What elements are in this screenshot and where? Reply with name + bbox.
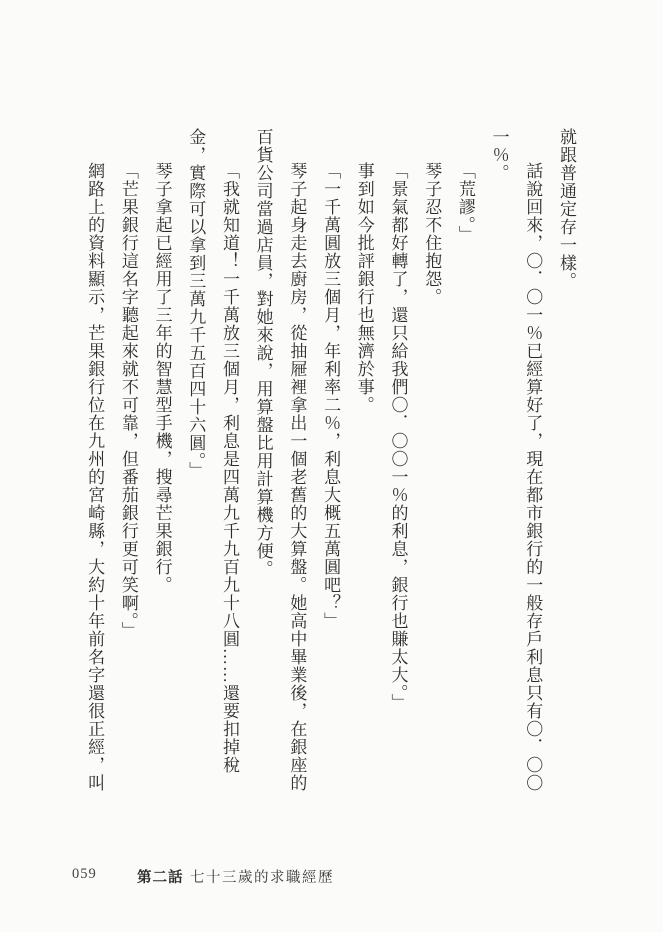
paragraph: 琴子起身走去廚房，從抽屜裡拿出一個老舊的大算盤。她高中畢業後，在銀座的百貨公司當… — [246, 128, 313, 796]
paragraph: 事到如今批評銀行也無濟於事。 — [347, 128, 381, 796]
page-footer: 059 第二話 七十三歲的求職經歷 — [0, 866, 663, 890]
paragraph: 網路上的資料顯示，芒果銀行位在九州的宮崎縣，大約十年前名字還很正經，叫 — [77, 128, 111, 796]
paragraph: 話說回來，〇．〇一％已經算好了，現在都市銀行的一般存戶利息只有〇．〇〇一％。 — [482, 128, 549, 796]
chapter-title: 七十三歲的求職經歷 — [190, 866, 334, 887]
page-number: 059 — [72, 866, 97, 883]
paragraph: 就跟普通定存一樣。 — [549, 128, 583, 796]
paragraph: 「景氣都好轉了，還只給我們〇．〇〇一％的利息，銀行也賺太大。」 — [381, 128, 415, 796]
chapter-label: 第二話 — [137, 866, 184, 887]
paragraph: 琴子拿起已經用了三年的智慧型手機，搜尋芒果銀行。 — [145, 128, 179, 796]
paragraph: 「我就知道！一千萬放三個月，利息是四萬九千九百九十八圓……還要扣掉稅金，實際可以… — [179, 128, 246, 796]
paragraph: 「荒謬。」 — [448, 128, 482, 796]
paragraph: 「一千萬圓放三個月，年利率二％，利息大概五萬圓吧？」 — [313, 128, 347, 796]
paragraph: 「芒果銀行這名字聽起來就不可靠，但番茄銀行更可笑啊。」 — [111, 128, 145, 796]
book-page: 就跟普通定存一樣。 話說回來，〇．〇一％已經算好了，現在都市銀行的一般存戶利息只… — [0, 0, 663, 932]
page-text-block: 就跟普通定存一樣。 話說回來，〇．〇一％已經算好了，現在都市銀行的一般存戶利息只… — [77, 128, 583, 796]
paragraph: 琴子忍不住抱怨。 — [414, 128, 448, 796]
